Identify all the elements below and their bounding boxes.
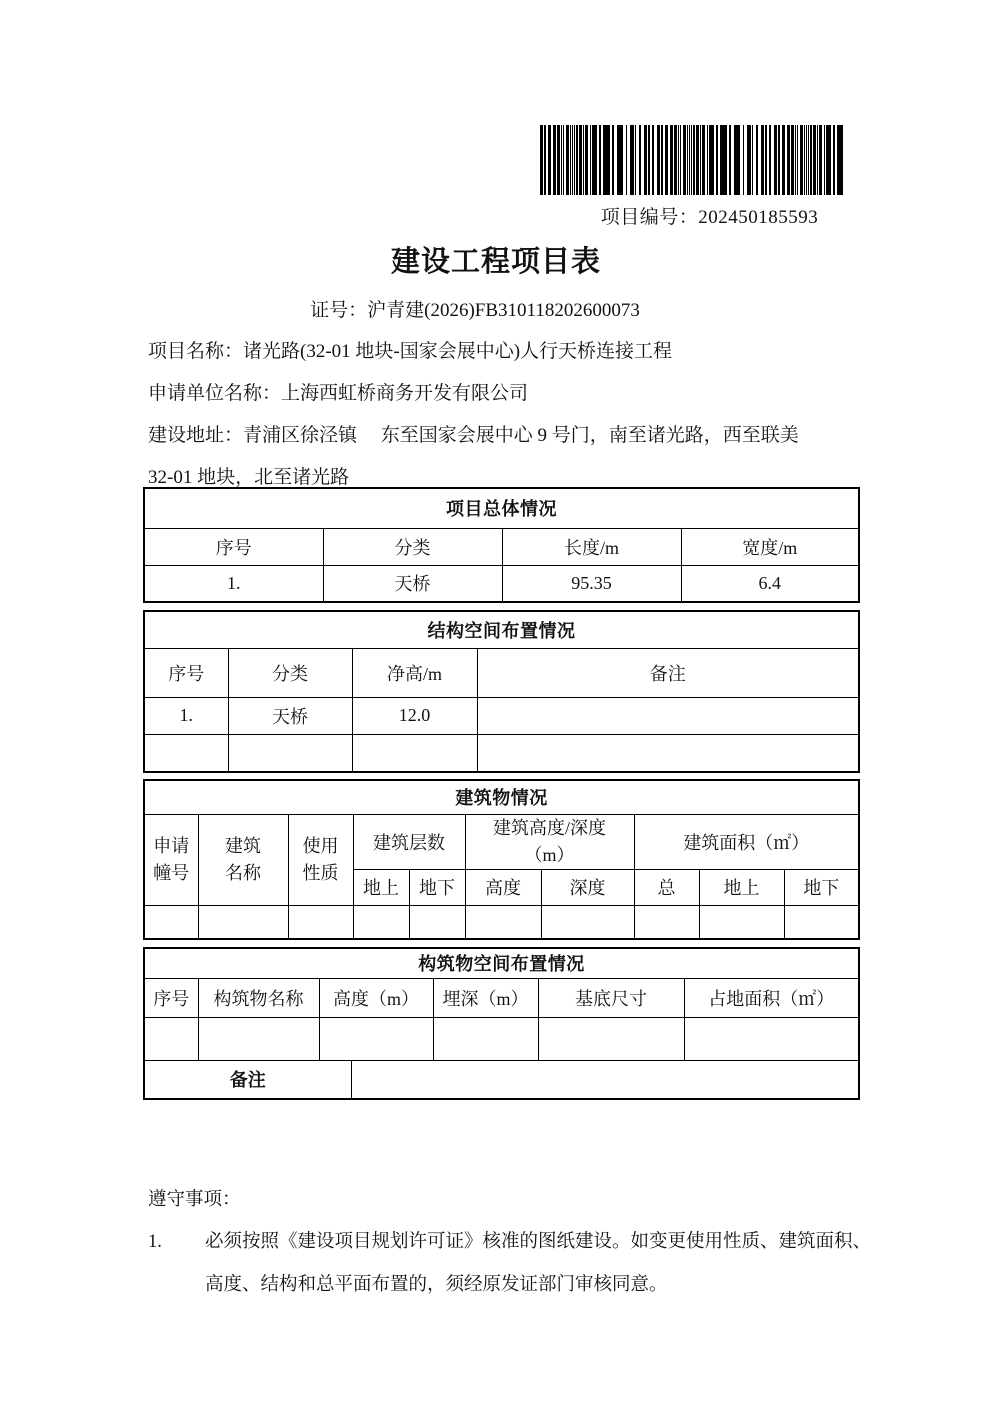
table-cell: 6.4 [681, 565, 859, 602]
sub-header: 地下 [784, 869, 859, 905]
section-title-other-structures: 构筑物空间布置情况 [144, 948, 859, 978]
column-header: 基底尺寸 [538, 978, 684, 1017]
column-header: 构筑物名称 [198, 978, 319, 1017]
column-header: 序号 [144, 978, 198, 1017]
table-cell: 1. [144, 565, 323, 602]
column-header: 埋深（m） [433, 978, 538, 1017]
table-cell [352, 734, 477, 772]
table-cell: 1. [144, 697, 228, 734]
column-header: 占地面积（㎡） [684, 978, 859, 1017]
group-header: 建筑层数 [353, 814, 465, 869]
note-item: 1. 必须按照《建设项目规划许可证》核准的图纸建设。如变更使用性质、建筑面积、高… [148, 1221, 888, 1307]
table-cell: 天桥 [228, 697, 352, 734]
table-cell [477, 697, 859, 734]
project-number: 项目编号：202450185593 [558, 204, 861, 232]
table-cell [465, 905, 541, 939]
table-cell [433, 1017, 538, 1060]
column-header: 高度（m） [319, 978, 433, 1017]
sub-header: 总 [634, 869, 699, 905]
column-header: 序号 [144, 528, 323, 565]
section-title-building: 建筑物情况 [144, 780, 859, 814]
column-header: 建筑 名称 [198, 814, 288, 905]
cert-number-line: 证号：沪青建(2026)FB310118202600073 [0, 296, 950, 326]
project-info: 项目名称：诸光路(32-01 地块-国家会展中心)人行天桥连接工程 申请单位名称… [148, 331, 868, 499]
table-cell [319, 1017, 433, 1060]
table-cell [684, 1017, 859, 1060]
section-title-overview: 项目总体情况 [144, 488, 859, 528]
building-table: 建筑物情况 申请 幢号 建筑 名称 使用 性质 建筑层数 建筑高度/深度 （m）… [143, 779, 860, 940]
column-header: 备注 [477, 648, 859, 697]
structure-layout-table: 结构空间布置情况 序号 分类 净高/m 备注 1. 天桥 12.0 [143, 610, 860, 773]
table-cell [353, 905, 409, 939]
table-cell [144, 734, 228, 772]
remark-label: 备注 [144, 1060, 351, 1099]
note-text: 必须按照《建设项目规划许可证》核准的图纸建设。如变更使用性质、建筑面积、高度、结… [205, 1221, 873, 1307]
table-cell [699, 905, 784, 939]
notes-section: 遵守事项： 1. 必须按照《建设项目规划许可证》核准的图纸建设。如变更使用性质、… [148, 1179, 888, 1307]
sub-header: 地上 [353, 869, 409, 905]
column-header: 宽度/m [681, 528, 859, 565]
table-cell [144, 905, 198, 939]
barcode [540, 125, 843, 195]
column-header: 净高/m [352, 648, 477, 697]
table-cell: 95.35 [502, 565, 681, 602]
table-cell [288, 905, 353, 939]
column-header: 申请 幢号 [144, 814, 198, 905]
project-overview-table: 项目总体情况 序号 分类 长度/m 宽度/m 1. 天桥 95.35 6.4 [143, 487, 860, 603]
remark-value [351, 1060, 859, 1099]
column-header: 分类 [228, 648, 352, 697]
column-header: 使用 性质 [288, 814, 353, 905]
table-cell: 12.0 [352, 697, 477, 734]
notes-heading: 遵守事项： [148, 1179, 888, 1221]
applicant-line: 申请单位名称：上海西虹桥商务开发有限公司 [148, 373, 868, 415]
address-line-1: 建设地址：青浦区徐泾镇 东至国家会展中心 9 号门，南至诸光路，西至联美 [148, 415, 868, 457]
column-header: 长度/m [502, 528, 681, 565]
document-page: 项目编号：202450185593 建设工程项目表 证号：沪青建(2026)FB… [0, 0, 992, 1403]
column-header: 分类 [323, 528, 502, 565]
table-cell [144, 1017, 198, 1060]
table-cell [198, 1017, 319, 1060]
section-title-structure: 结构空间布置情况 [144, 611, 859, 648]
sub-header: 地上 [699, 869, 784, 905]
group-header: 建筑高度/深度 （m） [465, 814, 634, 869]
group-header: 建筑面积（㎡） [634, 814, 859, 869]
tables-region: 项目总体情况 序号 分类 长度/m 宽度/m 1. 天桥 95.35 6.4 结… [143, 487, 858, 1100]
sub-header: 深度 [541, 869, 634, 905]
table-cell [784, 905, 859, 939]
table-cell [541, 905, 634, 939]
sub-header: 地下 [409, 869, 465, 905]
other-structures-table: 构筑物空间布置情况 序号 构筑物名称 高度（m） 埋深（m） 基底尺寸 占地面积… [143, 947, 860, 1100]
table-cell [538, 1017, 684, 1060]
table-cell [634, 905, 699, 939]
table-cell [198, 905, 288, 939]
table-cell [228, 734, 352, 772]
note-number: 1. [148, 1221, 205, 1264]
table-cell [477, 734, 859, 772]
column-header: 序号 [144, 648, 228, 697]
table-cell: 天桥 [323, 565, 502, 602]
project-name-line: 项目名称：诸光路(32-01 地块-国家会展中心)人行天桥连接工程 [148, 331, 868, 373]
table-cell [409, 905, 465, 939]
document-title: 建设工程项目表 [0, 241, 992, 283]
sub-header: 高度 [465, 869, 541, 905]
